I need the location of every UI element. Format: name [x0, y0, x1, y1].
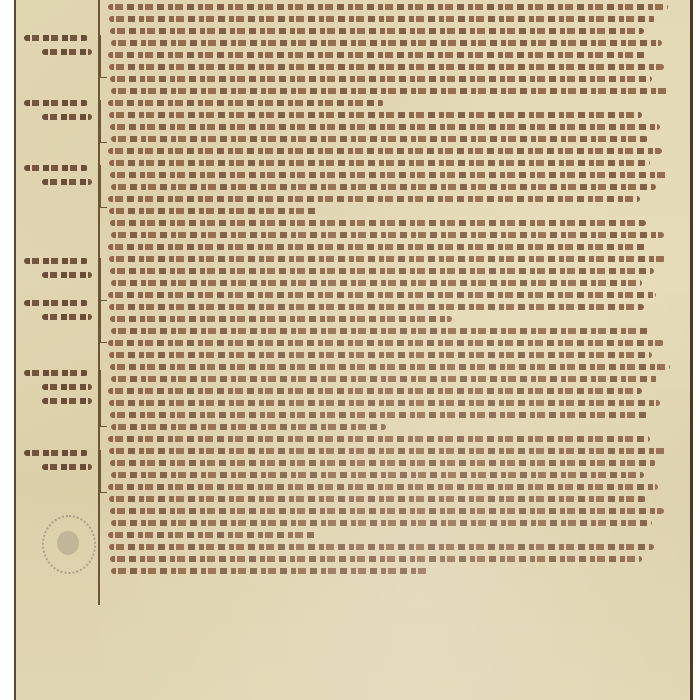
column-rule: [98, 0, 100, 605]
script-line: [111, 184, 656, 190]
script-line: [111, 232, 664, 238]
script-line: [110, 412, 648, 418]
script-line: [109, 352, 652, 358]
script-line: [108, 100, 384, 106]
script-line: [109, 448, 668, 454]
script-line: [110, 268, 654, 274]
heading-bracket: [100, 165, 107, 208]
script-line: [109, 160, 650, 166]
script-line: [108, 148, 662, 154]
script-line: [111, 88, 670, 94]
heading-bracket: [100, 258, 107, 301]
script-line: [110, 220, 646, 226]
script-line: [109, 112, 642, 118]
margin-heading-line: [24, 165, 88, 171]
script-line: [108, 484, 658, 490]
script-line: [111, 376, 658, 382]
margin-heading-line: [42, 49, 92, 55]
margin-heading-line: [42, 384, 92, 390]
margin-heading-line: [24, 100, 88, 106]
script-line: [110, 76, 652, 82]
script-line: [109, 544, 654, 550]
script-line: [109, 304, 644, 310]
heading-bracket: [100, 370, 107, 427]
script-line: [108, 388, 642, 394]
script-line: [108, 4, 668, 10]
script-line: [110, 556, 642, 562]
heading-bracket: [100, 100, 107, 143]
margin-heading-line: [24, 258, 88, 264]
script-line: [110, 172, 668, 178]
script-line: [110, 124, 660, 130]
script-line: [109, 256, 666, 262]
script-line: [111, 424, 386, 430]
script-line: [110, 508, 664, 514]
margin-heading-line: [42, 398, 92, 404]
script-line: [108, 532, 316, 538]
script-line: [111, 40, 662, 46]
script-line: [108, 340, 664, 346]
margin-heading-line: [24, 450, 88, 456]
script-line: [110, 460, 656, 466]
script-line: [111, 568, 430, 574]
margin-heading-line: [42, 114, 92, 120]
heading-bracket: [100, 35, 107, 78]
script-line: [108, 52, 646, 58]
script-line: [108, 244, 648, 250]
seal-stamp-icon: [42, 515, 96, 574]
heading-bracket: [100, 450, 107, 493]
margin-heading-line: [42, 464, 92, 470]
manuscript-page: [14, 0, 693, 700]
heading-bracket: [100, 300, 107, 343]
margin-heading-line: [24, 300, 88, 306]
script-line: [110, 364, 670, 370]
script-line: [109, 496, 646, 502]
margin-heading-line: [24, 35, 88, 41]
script-line: [108, 292, 656, 298]
script-line: [111, 520, 652, 526]
script-line: [109, 64, 664, 70]
script-line: [109, 208, 318, 214]
script-line: [110, 316, 452, 322]
script-line: [109, 16, 656, 22]
script-line: [111, 328, 650, 334]
script-line: [108, 436, 650, 442]
script-line: [108, 196, 640, 202]
margin-heading-line: [42, 272, 92, 278]
script-line: [110, 28, 644, 34]
margin-heading-line: [42, 314, 92, 320]
script-line: [111, 136, 648, 142]
script-line: [109, 400, 660, 406]
script-line: [111, 472, 644, 478]
margin-heading-line: [42, 179, 92, 185]
script-line: [111, 280, 642, 286]
margin-heading-line: [24, 370, 88, 376]
